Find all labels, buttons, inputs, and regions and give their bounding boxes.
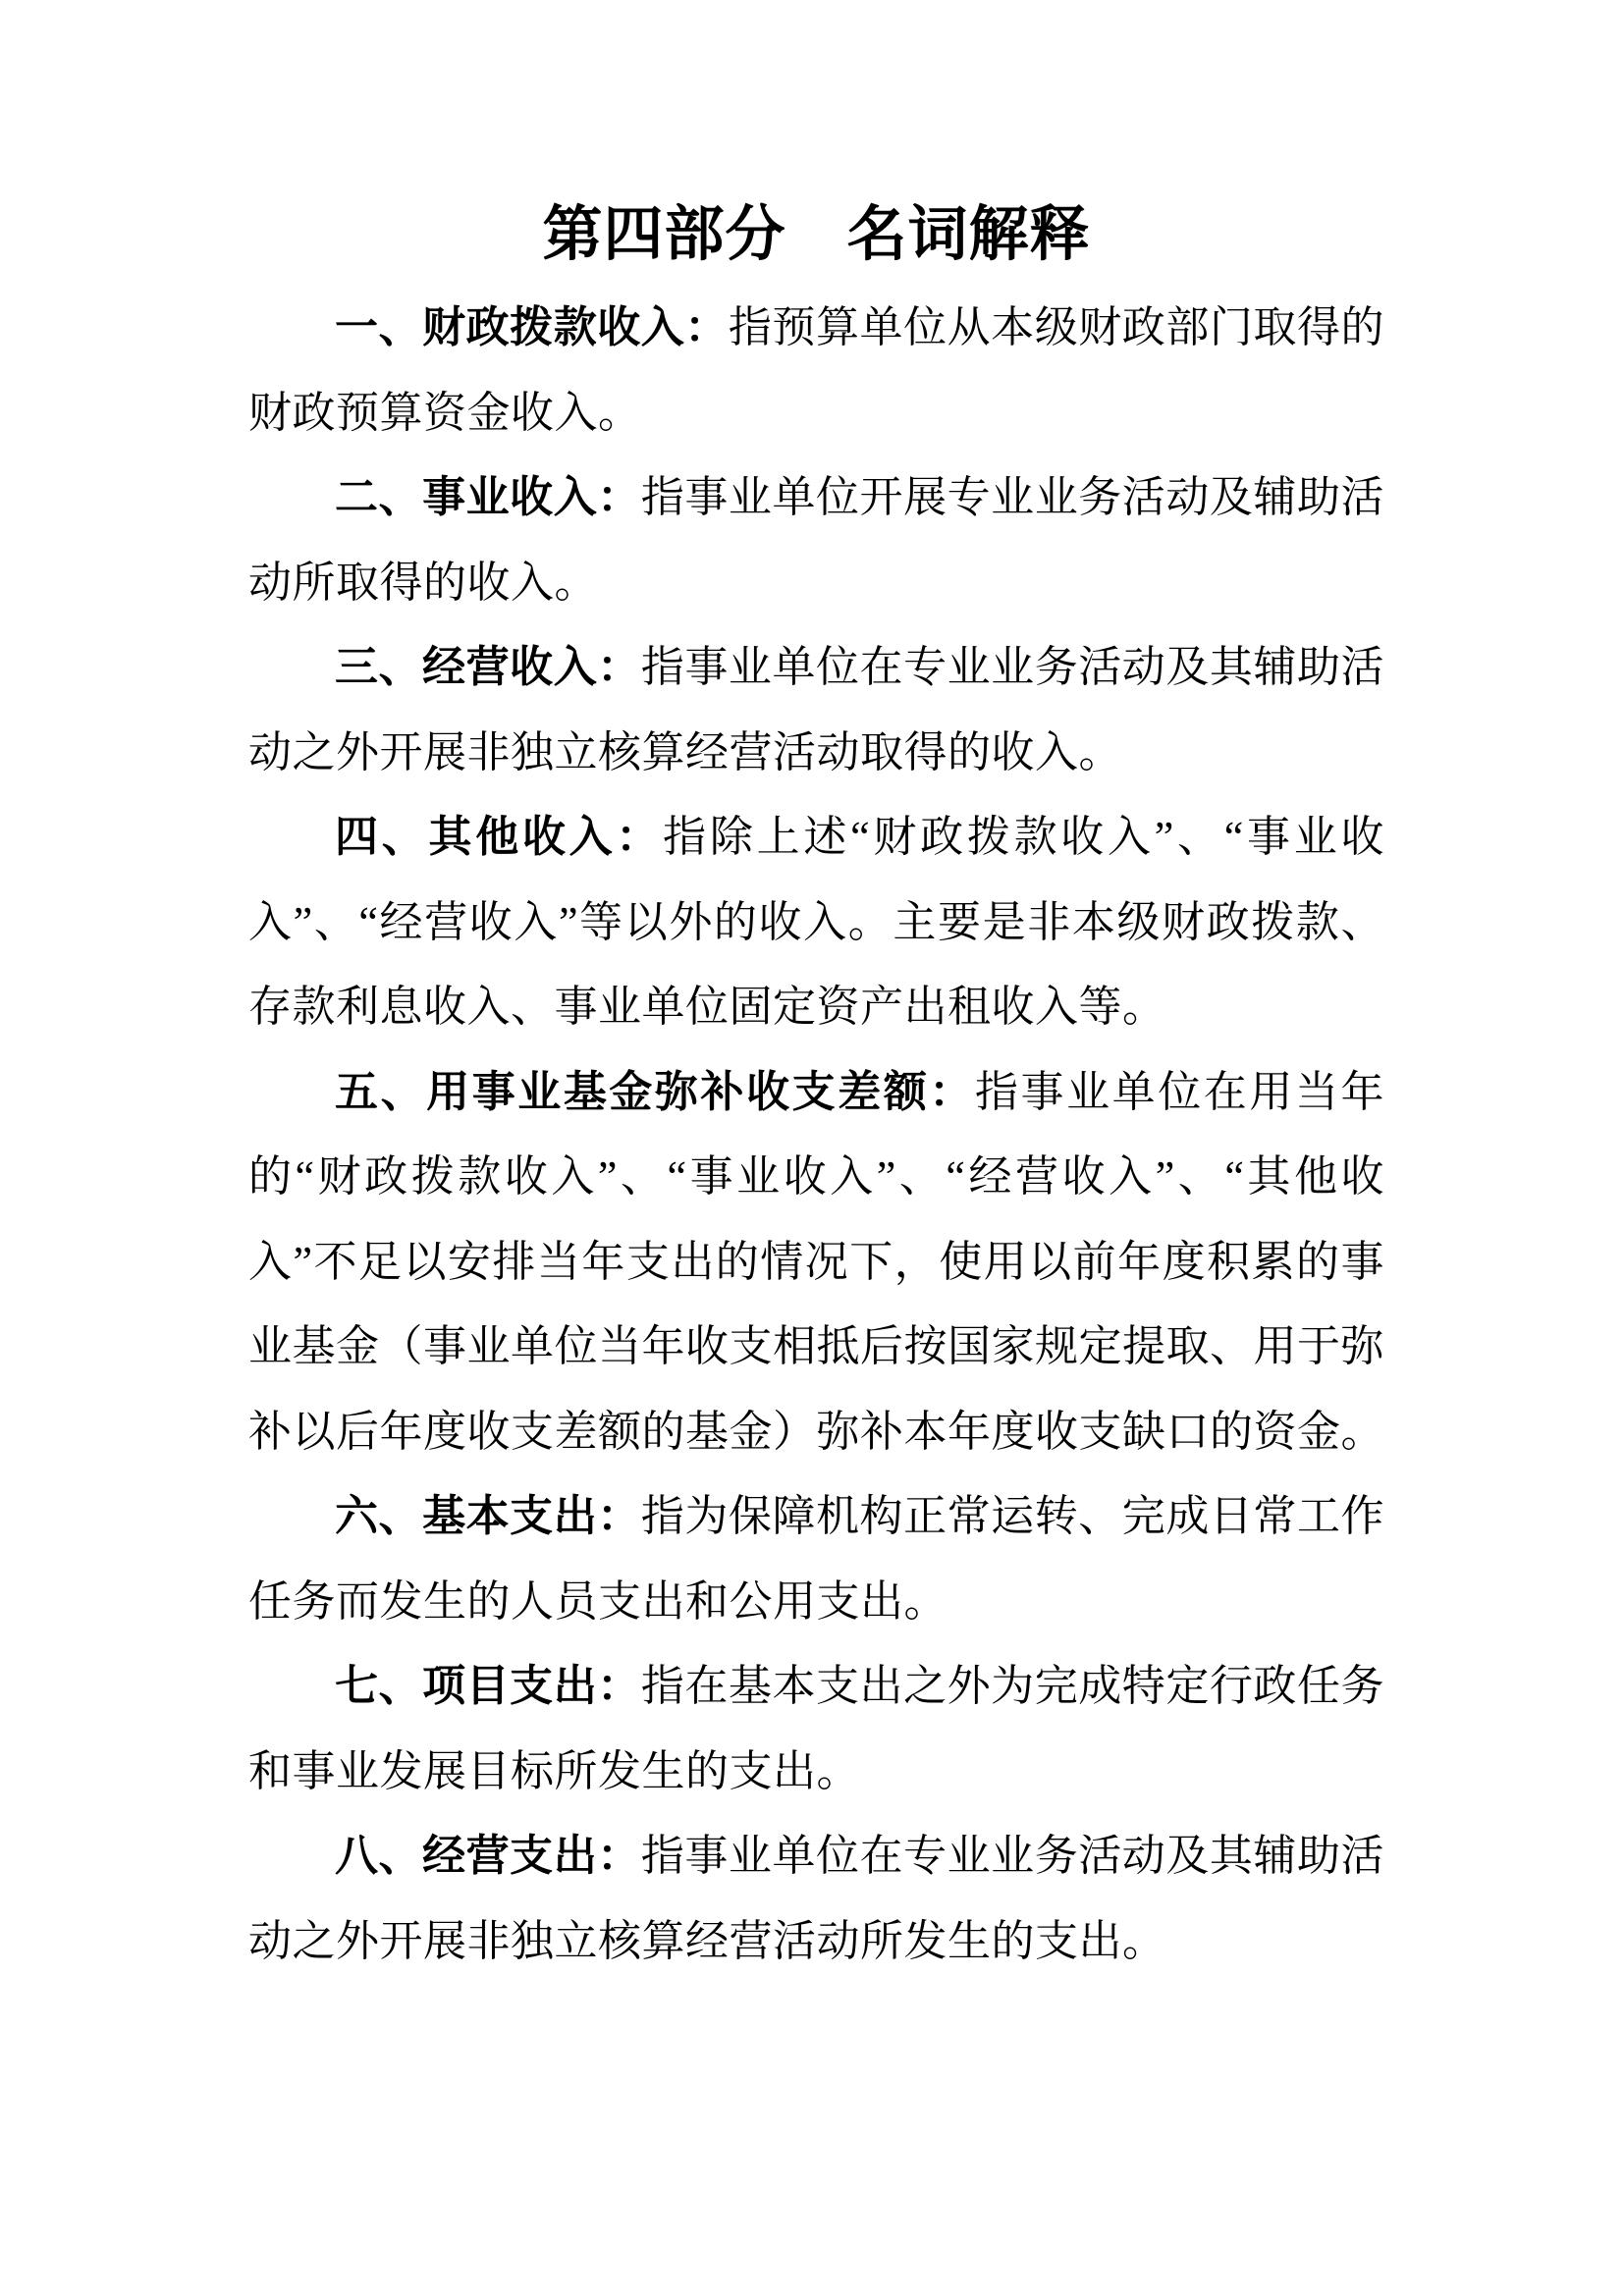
definition-paragraph: 六、基本支出：指为保障机构正常运转、完成日常工作任务而发生的人员支出和公用支出。: [248, 1474, 1384, 1644]
definition-paragraph: 一、财政拨款收入：指预算单位从本级财政部门取得的财政预算资金收入。: [248, 286, 1384, 455]
definition-term: 五、用事业基金弥补收支差额：: [335, 1068, 975, 1116]
document-page: 第四部分 名词解释 一、财政拨款收入：指预算单位从本级财政部门取得的财政预算资金…: [0, 0, 1624, 2296]
page-title: 第四部分 名词解释: [248, 196, 1384, 271]
definition-paragraph: 七、项目支出：指在基本支出之外为完成特定行政任务和事业发展目标所发生的支出。: [248, 1644, 1384, 1814]
definition-term: 四、其他收入：: [335, 813, 663, 861]
definition-term: 三、经营收入：: [335, 643, 641, 691]
definition-term: 八、经营支出：: [335, 1832, 641, 1880]
definition-term: 六、基本支出：: [335, 1492, 641, 1540]
definition-paragraph: 四、其他收入：指除上述“财政拨款收入”、“事业收入”、“经营收入”等以外的收入。…: [248, 795, 1384, 1050]
definitions-list: 一、财政拨款收入：指预算单位从本级财政部门取得的财政预算资金收入。 二、事业收入…: [248, 286, 1384, 1984]
definition-term: 一、财政拨款收入：: [335, 303, 729, 351]
definition-term: 二、事业收入：: [335, 473, 641, 521]
definition-text: 指事业单位在用当年的“财政拨款收入”、“事业收入”、“经营收入”、“其他收入”不…: [248, 1068, 1384, 1456]
definition-paragraph: 五、用事业基金弥补收支差额：指事业单位在用当年的“财政拨款收入”、“事业收入”、…: [248, 1050, 1384, 1475]
definition-paragraph: 三、经营收入：指事业单位在专业业务活动及其辅助活动之外开展非独立核算经营活动取得…: [248, 625, 1384, 795]
definition-paragraph: 八、经营支出：指事业单位在专业业务活动及其辅助活动之外开展非独立核算经营活动所发…: [248, 1814, 1384, 1984]
definition-paragraph: 二、事业收入：指事业单位开展专业业务活动及辅助活动所取得的收入。: [248, 455, 1384, 625]
definition-term: 七、项目支出：: [335, 1662, 641, 1710]
